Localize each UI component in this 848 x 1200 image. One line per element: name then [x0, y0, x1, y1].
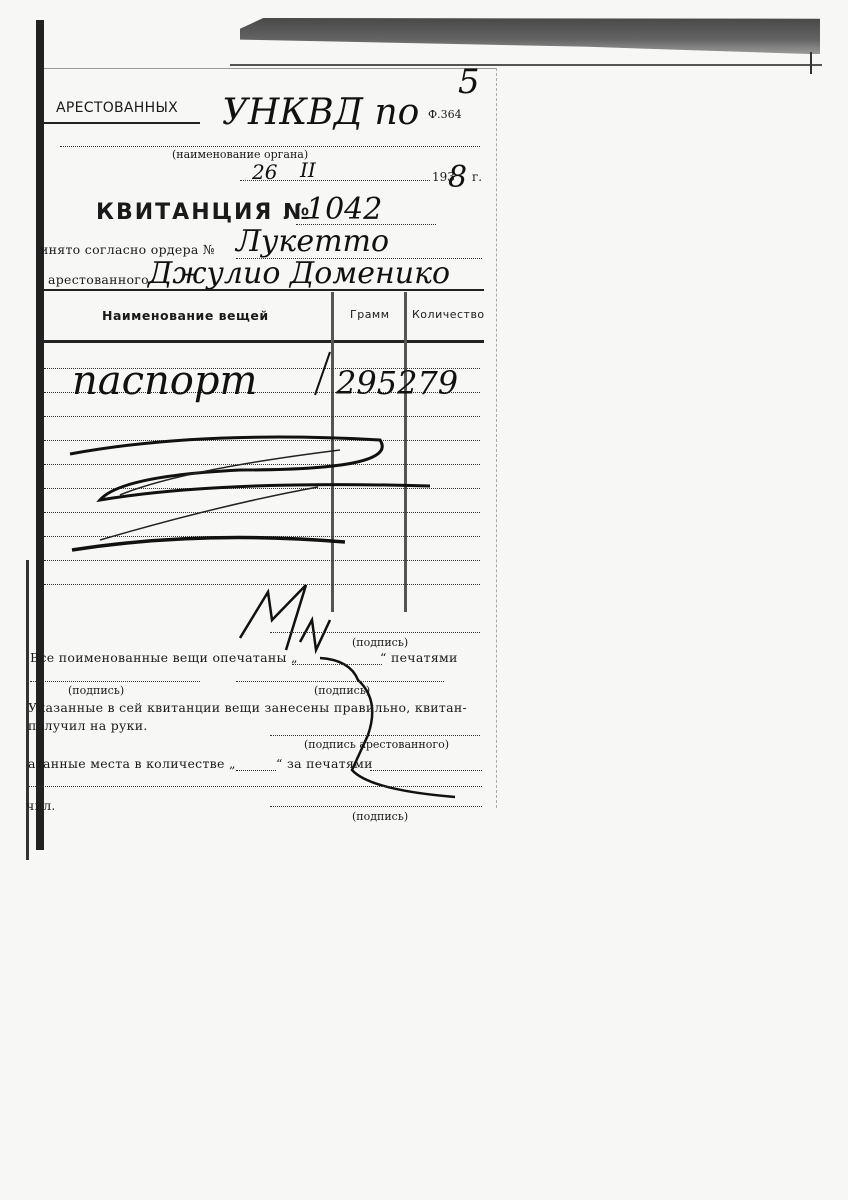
places-line: атанные места в количестве „	[28, 756, 236, 771]
strike-through-scribble	[0, 0, 848, 1200]
confirm-line-2: получил на руки.	[28, 718, 148, 733]
seal-count-line	[292, 664, 382, 665]
places-count-line	[236, 770, 276, 771]
confirm-line-1: Указанные в сей квитанции вещи занесены …	[28, 700, 467, 715]
sealed-line: Все поименованные вещи опечатаны „	[30, 650, 298, 665]
final-signature-caption: (подпись)	[352, 810, 408, 823]
signature-line-1	[270, 632, 480, 633]
final-signature-line	[270, 806, 482, 807]
signature-caption-3: (подпись)	[314, 684, 370, 697]
received-label: чил.	[26, 798, 56, 813]
signature-line-3	[236, 681, 444, 682]
separator-line	[26, 786, 482, 787]
sealed-line-end: “ печатями	[380, 650, 458, 665]
arrested-signature-caption: (подпись арестованного)	[304, 738, 449, 751]
places-seal-line	[370, 770, 482, 771]
signature-caption-1: (подпись)	[352, 636, 408, 649]
places-line-end: “ за печатями	[276, 756, 373, 771]
signature-line-2	[30, 681, 200, 682]
signature-caption-2: (подпись)	[68, 684, 124, 697]
arrested-signature-line	[270, 735, 480, 736]
